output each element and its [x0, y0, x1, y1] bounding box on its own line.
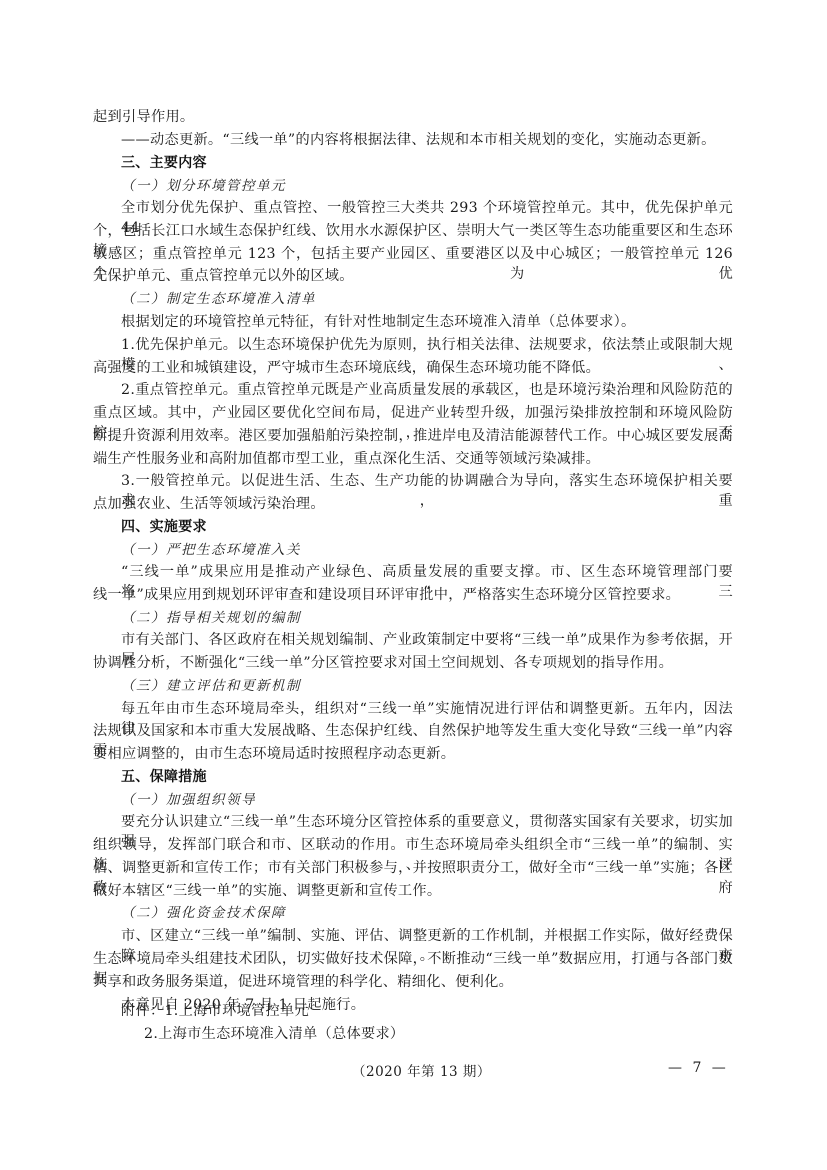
- section-heading: 四、实施要求: [121, 517, 733, 537]
- paragraph-line: ——动态更新。“三线一单”的内容将根据法律、法规和本市相关规划的变化，实施动态更…: [121, 130, 733, 150]
- paragraph-line: 共享和政务服务渠道，促进环境管理的科学化、精细化、便利化。: [93, 972, 733, 992]
- paragraph-line: 要相应调整的，由市生态环境局适时按照程序动态更新。: [93, 744, 733, 764]
- section-heading: 五、保障措施: [121, 767, 733, 787]
- paragraph-line: 2.重点管控单元。重点管控单元既是产业高质量发展的承载区，也是环境污染治理和风险…: [121, 380, 733, 400]
- subsection-heading: （一）严把生态环境准入关: [121, 540, 733, 560]
- paragraph-line: 断提升资源利用效率。港区要加强船舶污染控制，推进岸电及清洁能源替代工作。中心城区…: [93, 426, 733, 446]
- attachment-item-1: 1.上海市环境管控单元: [164, 1003, 309, 1019]
- page-number: — 7 —: [668, 1060, 726, 1076]
- document-page: 起到引导作用。——动态更新。“三线一单”的内容将根据法律、法规和本市相关规划的变…: [0, 0, 827, 1170]
- attachment-line-1: 附件：1.上海市环境管控单元: [121, 1001, 733, 1021]
- paragraph-line: 协调性分析，不断强化“三线一单”分区管控要求对国土空间规划、各专项规划的指导作用…: [93, 653, 733, 673]
- section-heading: 三、主要内容: [121, 153, 733, 173]
- paragraph-line: 先保护单元、重点管控单元以外的区域。: [93, 266, 733, 286]
- footer-issue: （2020 年第 13 期）: [352, 1060, 491, 1080]
- subsection-heading: （三）建立评估和更新机制: [121, 676, 733, 696]
- paragraph-line: 根据划定的环境管控单元特征，有针对性地制定生态环境准入清单（总体要求）。: [121, 312, 733, 332]
- attachment-label: 附件：: [121, 1003, 164, 1019]
- subsection-heading: （一）划分环境管控单元: [121, 176, 733, 196]
- paragraph-line: 起到引导作用。: [93, 107, 733, 127]
- paragraph-line: 端生产性服务业和高附加值都市型工业，重点深化生活、交通等领域污染减排。: [93, 449, 733, 469]
- paragraph-line: 点加强农业、生活等领域污染治理。: [93, 494, 733, 514]
- paragraph-line: 做好本辖区“三线一单”的实施、调整更新和宣传工作。: [93, 881, 733, 901]
- paragraph-line: 高强度的工业和城镇建设，严守城市生态环境底线，确保生态环境功能不降低。: [93, 358, 733, 378]
- paragraph-line: 线一单”成果应用到规划环评审查和建设项目环评审批中，严格落实生态环境分区管控要求…: [93, 585, 733, 605]
- subsection-heading: （二）制定生态环境准入清单: [121, 289, 733, 309]
- subsection-heading: （二）强化资金技术保障: [121, 903, 733, 923]
- subsection-heading: （二）指导相关规划的编制: [121, 608, 733, 628]
- attachment-item-2: 2.上海市生态环境准入清单（总体要求）: [144, 1024, 784, 1044]
- subsection-heading: （一）加强组织领导: [121, 790, 733, 810]
